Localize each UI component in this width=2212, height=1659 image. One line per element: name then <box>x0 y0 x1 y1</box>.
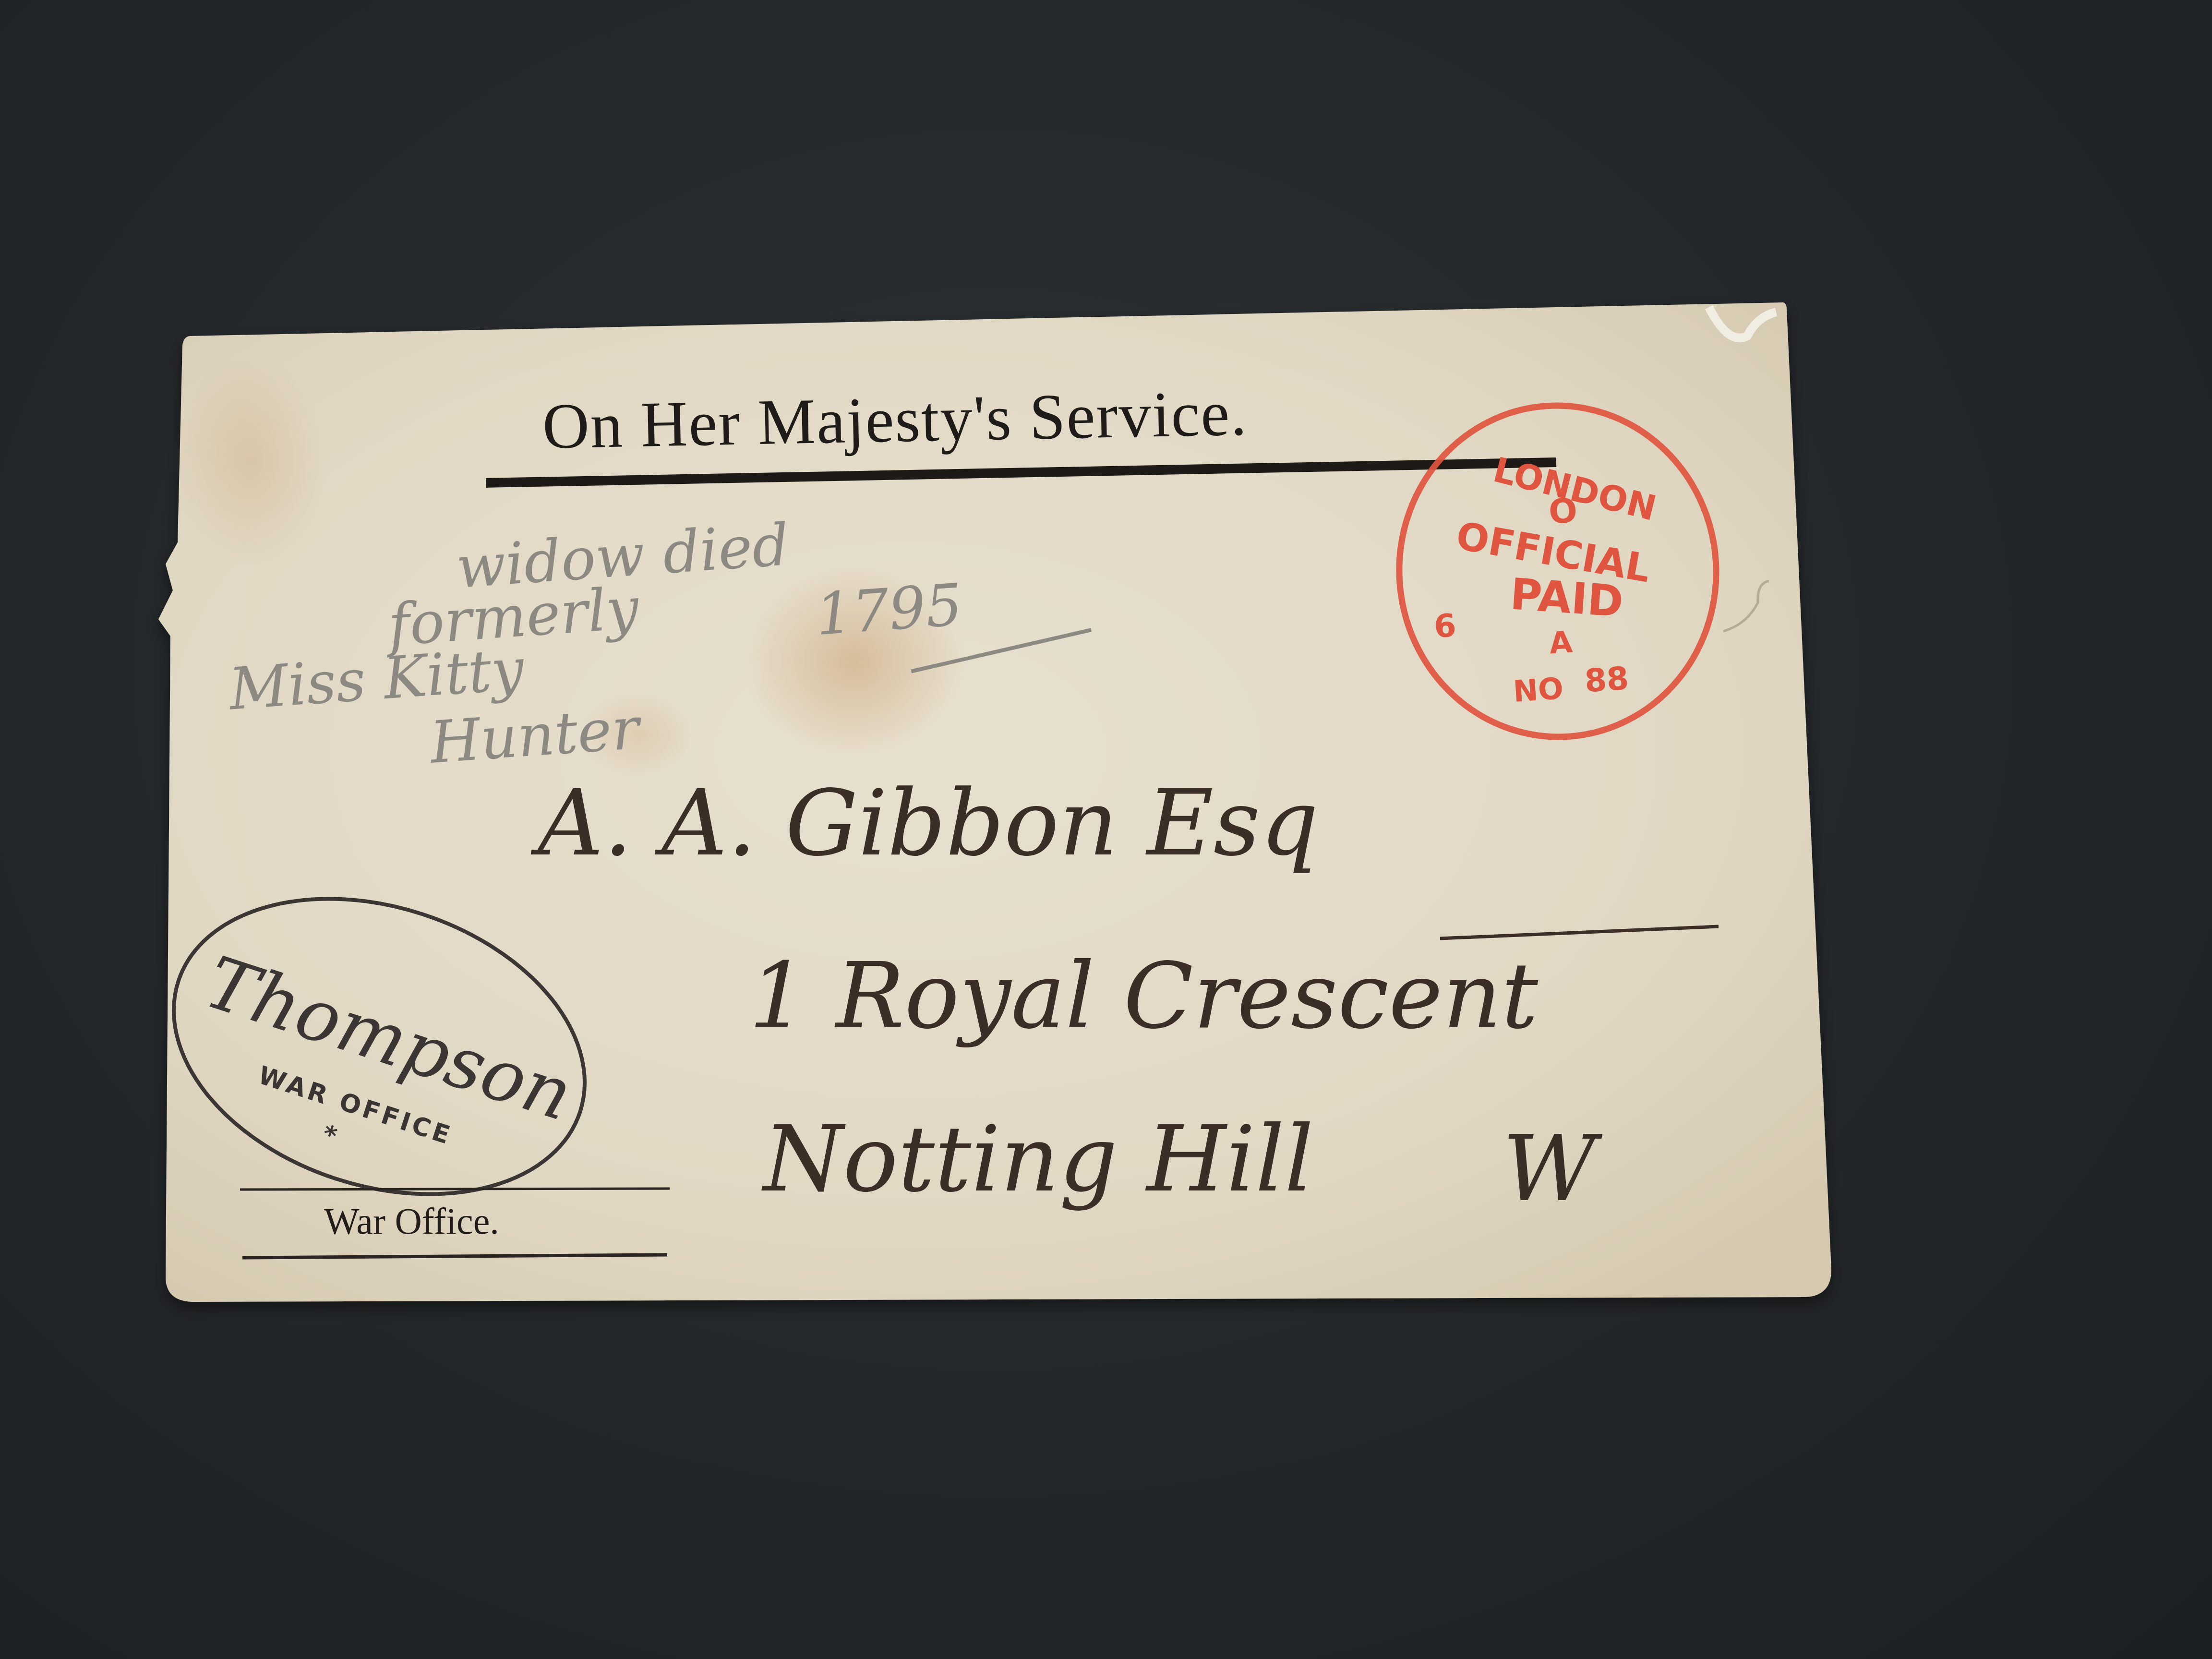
address-district: Notting Hill <box>761 1106 1314 1212</box>
footer-label: War Office. <box>324 1200 499 1242</box>
envelope: On Her Majesty's Service. LONDON O OFFIC… <box>0 0 2212 1659</box>
stain <box>173 355 326 566</box>
footer-rule-top <box>240 1189 670 1190</box>
header-title: On Her Majesty's Service. <box>542 377 1249 462</box>
address-postal-district: W <box>1503 1116 1603 1222</box>
postmark-day: 6 <box>1433 607 1457 645</box>
postmark-paid: PAID <box>1509 569 1625 627</box>
postmark-o: O <box>1548 491 1579 532</box>
address-name: A. A. Gibbon Esq <box>530 770 1319 876</box>
pencil-year: 1795 <box>814 572 964 649</box>
postmark-letter: A <box>1548 624 1574 661</box>
photo-scene: On Her Majesty's Service. LONDON O OFFIC… <box>0 0 2212 1659</box>
postmark-month: NO <box>1512 671 1564 709</box>
postmark-year: 88 <box>1583 660 1630 699</box>
address-street: 1 Royal Crescent <box>749 943 1539 1049</box>
